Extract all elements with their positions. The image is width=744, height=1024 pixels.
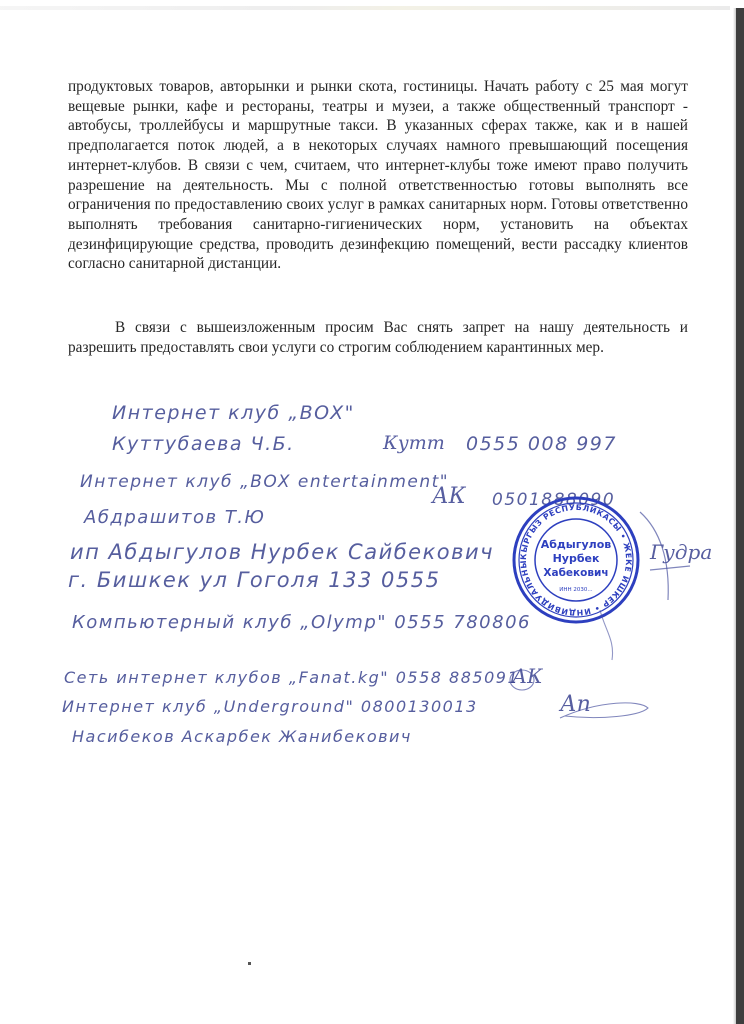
handwritten-line: Куттубаева Ч.Б.	[112, 433, 295, 455]
body-paragraph-2: В связи с вышеизложенным просим Вас снят…	[68, 318, 688, 357]
paragraph-text: продуктовых товаров, авторынки и рынки с…	[68, 77, 688, 274]
body-paragraph-1: продуктовых товаров, авторынки и рынки с…	[68, 77, 688, 274]
round-stamp-icon: КЫРГЫЗ РЕСПУБЛИКАСЫ • ЖЕКЕ ИШКЕР • ИНДИВ…	[512, 496, 640, 624]
signature-scribble: АК	[432, 484, 466, 509]
handwritten-line: 0555 008 997	[466, 433, 617, 455]
paragraph-text: В связи с вышеизложенным просим Вас снят…	[68, 318, 688, 357]
handwritten-line: Интернет клуб „Underground" 0800130013	[62, 697, 478, 716]
handwritten-line: Абдрашитов Т.Ю	[84, 507, 265, 528]
handwritten-line: ип Абдыгулов Нурбек Сайбекович	[70, 540, 494, 564]
handwritten-line: Сеть интернет клубов „Fanat.kg" 0558 885…	[64, 668, 519, 687]
signature-scribble: Кутт	[383, 432, 445, 454]
handwritten-line: Интернет клуб „BOX"	[112, 402, 355, 424]
handwritten-line: Интернет клуб „BOX entertainment"	[80, 472, 449, 492]
handwritten-line: г. Бишкек ул Гоголя 133 0555	[68, 568, 441, 592]
stamp-line-3: Хабекович	[543, 567, 608, 579]
handwritten-line: Компьютерный клуб „Olymp" 0555 780806	[72, 612, 531, 633]
stamp-line-1: Абдыгулов	[541, 538, 612, 551]
handwritten-line: Насибеков Аскарбек Жанибекович	[72, 727, 412, 746]
scan-speck	[248, 962, 251, 965]
signature-scribble: Ап	[560, 692, 591, 717]
signature-scribble: Гудра	[650, 540, 712, 564]
stamp-line-2: Нурбек	[553, 552, 600, 565]
scan-right-edge	[736, 8, 744, 1024]
signature-scribble: АК	[512, 664, 543, 688]
scan-top-edge	[0, 6, 730, 10]
scanned-page: продуктовых товаров, авторынки и рынки с…	[0, 0, 744, 1024]
stamp-inn: ИНН 2030...	[559, 587, 593, 593]
